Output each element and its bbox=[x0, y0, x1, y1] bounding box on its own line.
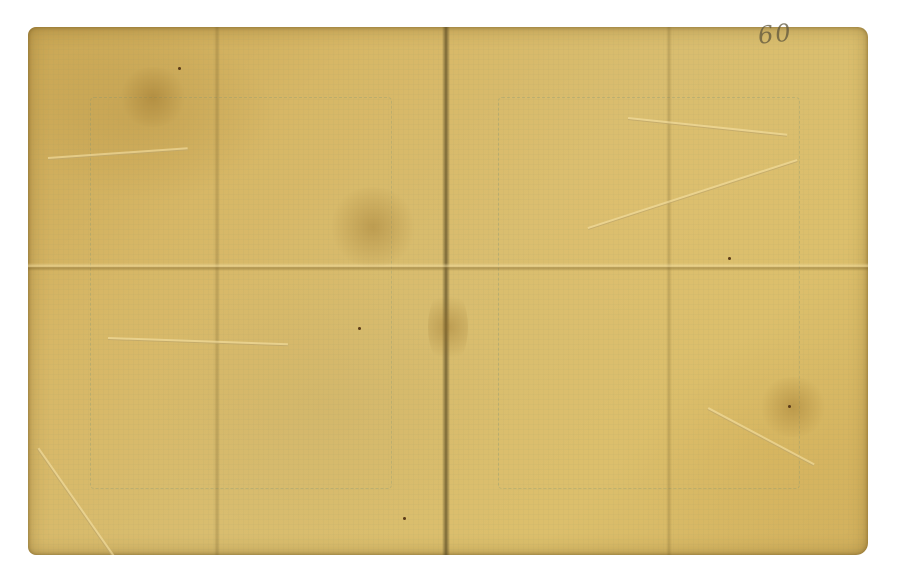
fold-line-left bbox=[214, 27, 220, 555]
speck bbox=[728, 257, 731, 260]
aged-paper-note bbox=[28, 27, 868, 555]
fold-line-right bbox=[666, 27, 672, 555]
speck bbox=[788, 405, 791, 408]
stain bbox=[428, 287, 468, 367]
fold-line-horizontal bbox=[28, 263, 868, 271]
speck bbox=[358, 327, 361, 330]
faded-print-area-left bbox=[90, 97, 392, 489]
stain bbox=[758, 377, 828, 437]
handwritten-number: 60 bbox=[757, 18, 794, 49]
speck bbox=[178, 67, 181, 70]
speck bbox=[403, 517, 406, 520]
stain bbox=[118, 67, 188, 127]
faded-print-area-right bbox=[498, 97, 800, 489]
stain bbox=[328, 187, 418, 267]
